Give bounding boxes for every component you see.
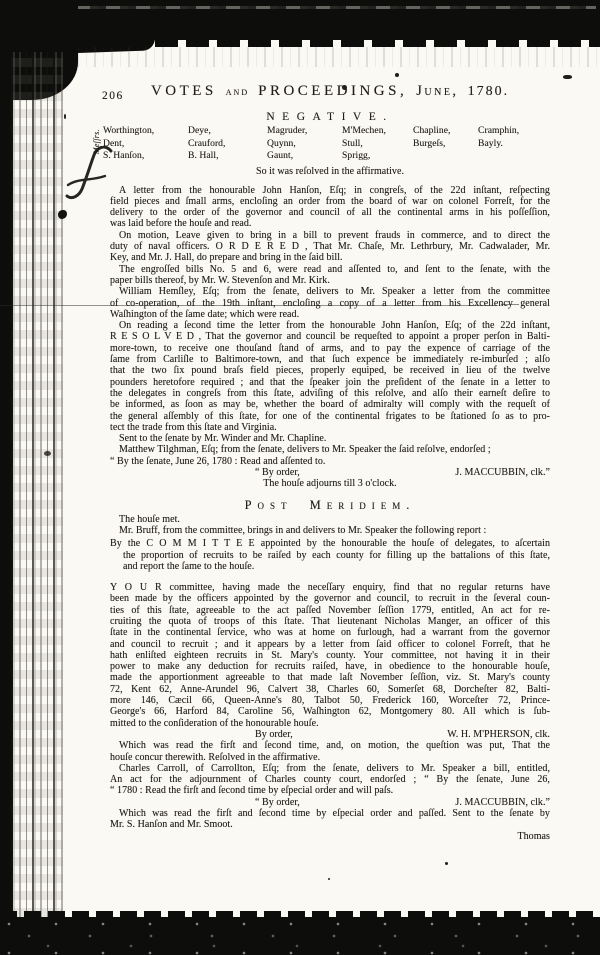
text-line: houſe concur therewith. Reſolved in the …: [110, 752, 550, 763]
name-column: Deye,Crauford,B. Hall,: [188, 125, 225, 163]
text-line: The engroſſed bills No. 5 and 6, were re…: [110, 264, 550, 275]
post-meridiem-heading: Post Meridiem.: [110, 498, 550, 512]
text-line: be informed, as ſoon as may be, whether …: [110, 399, 550, 410]
name-item: Burgeſs,: [413, 138, 451, 151]
text-line: The houſe adjourns till 3 o'clock.: [110, 478, 550, 489]
negative-names: Worthington,Dent,S. Hanſon,Deye,Crauford…: [110, 125, 550, 165]
naval-officers-paragraph: On motion, Leave given to bring in a bil…: [110, 230, 550, 264]
name-item: M'Mechen,: [342, 125, 386, 138]
by-order-maccubbin: “ By order,J. MACCUBBIN, clk.”: [110, 467, 550, 478]
ink-speck: [445, 862, 448, 865]
text-line: tect the trade from this ſtate and Virgi…: [110, 422, 550, 433]
text-line: delivery to the order of the governor an…: [110, 207, 550, 218]
text-line: Charles Carroll, of Carrollton, Eſq; fro…: [110, 763, 550, 774]
ink-speck: [44, 451, 51, 456]
text-line: A letter from the honourable John Hanſon…: [110, 185, 550, 196]
text-line: Matthew Tilghman, Eſq; from the ſenate, …: [110, 444, 550, 455]
text-line: “ By the ſenate, June 26, 1780 : Read an…: [110, 456, 550, 467]
text-line: and council to recruit ; and it appears …: [110, 639, 550, 650]
text-line: been made by the officers appointed by t…: [110, 593, 550, 604]
text-line: William Hemſley, Eſq; from the ſenate, d…: [110, 286, 550, 297]
name-item: Crauford,: [188, 138, 225, 151]
name-item: Gaunt,: [267, 150, 307, 163]
text-line: cruiting the quota of troops of this ſta…: [110, 616, 550, 627]
text-line: Which was read the firſt and ſecond time…: [110, 740, 550, 751]
text-line: George's 66, Harford 84, Caroline 56, Wa…: [110, 706, 550, 717]
ink-speck: [395, 73, 399, 77]
bruff-report-line: Mr. Bruff, from the committee, brings in…: [110, 525, 550, 536]
text-line: The houſe met.: [110, 514, 550, 525]
letter-hanson-paragraph: A letter from the honourable John Hanſon…: [110, 185, 550, 230]
text-line: Sent to the ſenate by Mr. Winder and Mr.…: [110, 433, 550, 444]
text-line: and report the ſame to the houſe.: [110, 561, 550, 572]
text-line: 72, Kent 62, Anne-Arundel 96, Calvert 38…: [110, 684, 550, 695]
house-met-line: The houſe met.: [110, 514, 550, 525]
title-proceedings: PROCEEDINGS,: [258, 86, 407, 97]
bill-passed-paragraph: Which was read the firſt and ſecond time…: [110, 808, 550, 831]
negative-heading: NEGATIVE.: [110, 112, 550, 123]
name-item: Chapline,: [413, 125, 451, 138]
tilghman-paragraph: Matthew Tilghman, Eſq; from the ſenate, …: [110, 444, 550, 455]
committee-report-preamble: By the C O M M I T T E E appointed by th…: [110, 538, 550, 572]
by-order-maccubbin-2: “ By order,J. MACCUBBIN, clk.”: [110, 797, 550, 808]
sent-to-senate-line: Sent to the ſenate by Mr. Winder and Mr.…: [110, 433, 550, 444]
name-item: Magruder,: [267, 125, 307, 138]
text-line: was laid before the houſe and read.: [110, 218, 550, 229]
ink-speck: [328, 878, 330, 880]
clerk-signature: J. MACCUBBIN, clk.”: [455, 797, 550, 808]
text-line: the delegates in congreſs from this ſtat…: [110, 388, 550, 399]
ink-speck: [563, 75, 572, 79]
text-line: Post Meridiem.: [110, 498, 550, 512]
ink-speck: [64, 114, 66, 119]
bottom-scan-border: [0, 917, 600, 955]
text-line: Which was read the firſt and ſecond time…: [110, 808, 550, 819]
text-line: hath enliſted eighteen recruits in St. M…: [110, 650, 550, 661]
top-scan-ridge: [46, 6, 596, 9]
text-line: By the C O M M I T T E E appointed by th…: [110, 538, 550, 549]
name-item: Sprigg,: [342, 150, 386, 163]
text-line: duty of naval officers. O R D E R E D , …: [110, 241, 550, 252]
text-line: On motion, Leave given to bring in a bil…: [110, 230, 550, 241]
by-order-label: “ By order,: [255, 797, 300, 808]
text-line: more 146, Cæcil 66, Queen-Anne's 80, Tal…: [110, 695, 550, 706]
text-line: power to make any deduction for recruits…: [110, 661, 550, 672]
name-item: Worthington,: [103, 125, 154, 138]
resolved-arms-paragraph: On reading a ſecond time the letter from…: [110, 320, 550, 433]
adjournment-line: The houſe adjourns till 3 o'clock.: [110, 478, 550, 489]
text-line: field pieces and ſmall arms, encloſing a…: [110, 196, 550, 207]
fold-line-dash-artifact: [501, 304, 519, 305]
name-item: Quynn,: [267, 138, 307, 151]
title-june: June,: [416, 86, 458, 97]
body-blocks: A letter from the honourable John Hanſon…: [110, 185, 550, 842]
hemsley-letter-paragraph: William Hemſley, Eſq; from the ſenate, d…: [110, 286, 550, 320]
text-line: Thomas: [110, 831, 550, 842]
text-line: Key, and Mr. J. Hall, do prepare and bri…: [110, 252, 550, 263]
text-line: “ 1780 : Read the firſt and ſecond time …: [110, 785, 550, 796]
resolved-line: So it was reſolved in the affirmative.: [110, 166, 550, 177]
name-item: Bayly.: [478, 138, 519, 151]
title-and: and: [226, 86, 249, 97]
text-line: paper bills thereof, by Mr. W. Stevenſon…: [110, 275, 550, 286]
engrossed-bills-paragraph: The engroſſed bills No. 5 and 6, were re…: [110, 264, 550, 287]
text-line: An act for the adjournment of Charles co…: [110, 774, 550, 785]
page-number: 206: [102, 91, 124, 102]
top-scan-noise: [60, 47, 600, 67]
committee-report-body: Y O U R committee, having made the neceſ…: [110, 582, 550, 729]
text-line: On reading a ſecond time the letter from…: [110, 320, 550, 331]
binding-streaks: [11, 52, 63, 917]
title-votes: VOTES: [151, 86, 217, 97]
text-line: Mr. Bruff, from the committee, brings in…: [110, 525, 550, 536]
name-item: Deye,: [188, 125, 225, 138]
text-line: the general aſſembly of this ſtate, for …: [110, 411, 550, 422]
carroll-bill-paragraph: Charles Carroll, of Carrollton, Eſq; fro…: [110, 763, 550, 797]
clerk-signature: J. MACCUBBIN, clk.”: [455, 467, 550, 478]
text-line: mitted to the conſideration of the honou…: [110, 718, 550, 729]
catchword: Thomas: [110, 831, 550, 842]
page-header: 206 VOTES and PROCEEDINGS, June, 1780.: [110, 86, 550, 110]
concurrence-paragraph: Which was read the firſt and ſecond time…: [110, 740, 550, 763]
by-order-label: “ By order,: [255, 467, 300, 478]
name-column: Chapline,Burgeſs,: [413, 125, 451, 150]
name-item: Stull,: [342, 138, 386, 151]
text-line: that the two ſix pound braſs field piece…: [110, 365, 550, 376]
text-line: Mr. S. Hanſon and Mr. Smoot.: [110, 819, 550, 830]
text-line: Waſhington of the ſame date; which were …: [110, 309, 550, 320]
title-year: 1780.: [468, 86, 510, 97]
text-line: pounders heretofore required ; and that …: [110, 377, 550, 388]
clerk-signature: W. H. M'PHERSON, clk.: [447, 729, 550, 740]
name-column: Cramphin,Bayly.: [478, 125, 519, 150]
text-line: of co-operation, of the 19th inſtant, en…: [110, 298, 550, 309]
text-line: Y O U R committee, having made the neceſ…: [110, 582, 550, 593]
text-line: ſame from Carliſle to Baltimore-town, an…: [110, 354, 550, 365]
journal-title: VOTES and PROCEEDINGS, June, 1780.: [110, 86, 550, 97]
text-line: the proportion of recruits to be raiſed …: [110, 550, 550, 561]
name-column: Magruder,Quynn,Gaunt,: [267, 125, 307, 163]
text-line: ſtate in the continental ſervice, who wa…: [110, 627, 550, 638]
senate-endorsement-line: “ By the ſenate, June 26, 1780 : Read an…: [110, 456, 550, 467]
text-line: made the apportionment agreeable to that…: [110, 672, 550, 683]
negative-names-section: Meſſrs. Worthington,Dent,S. Hanſon,Deye,…: [110, 125, 550, 165]
text-line: ties of this ſtate, agreeable to the act…: [110, 605, 550, 616]
by-order-mcpherson: By order,W. H. M'PHERSON, clk.: [110, 729, 550, 740]
text-line: more-town, to receive one thouſand ſtand…: [110, 343, 550, 354]
handwritten-flourish-mark: [64, 146, 116, 204]
text-line: R E S O L V E D , That the governor and …: [110, 331, 550, 342]
scanned-journal-page: 206 VOTES and PROCEEDINGS, June, 1780. N…: [0, 0, 600, 955]
name-item: B. Hall,: [188, 150, 225, 163]
fold-line-artifact: [0, 305, 497, 306]
by-order-label: By order,: [255, 729, 293, 740]
name-item: Cramphin,: [478, 125, 519, 138]
text-column: 206 VOTES and PROCEEDINGS, June, 1780. N…: [110, 86, 550, 842]
ink-speck: [342, 85, 347, 90]
name-column: M'Mechen,Stull,Sprigg,: [342, 125, 386, 163]
